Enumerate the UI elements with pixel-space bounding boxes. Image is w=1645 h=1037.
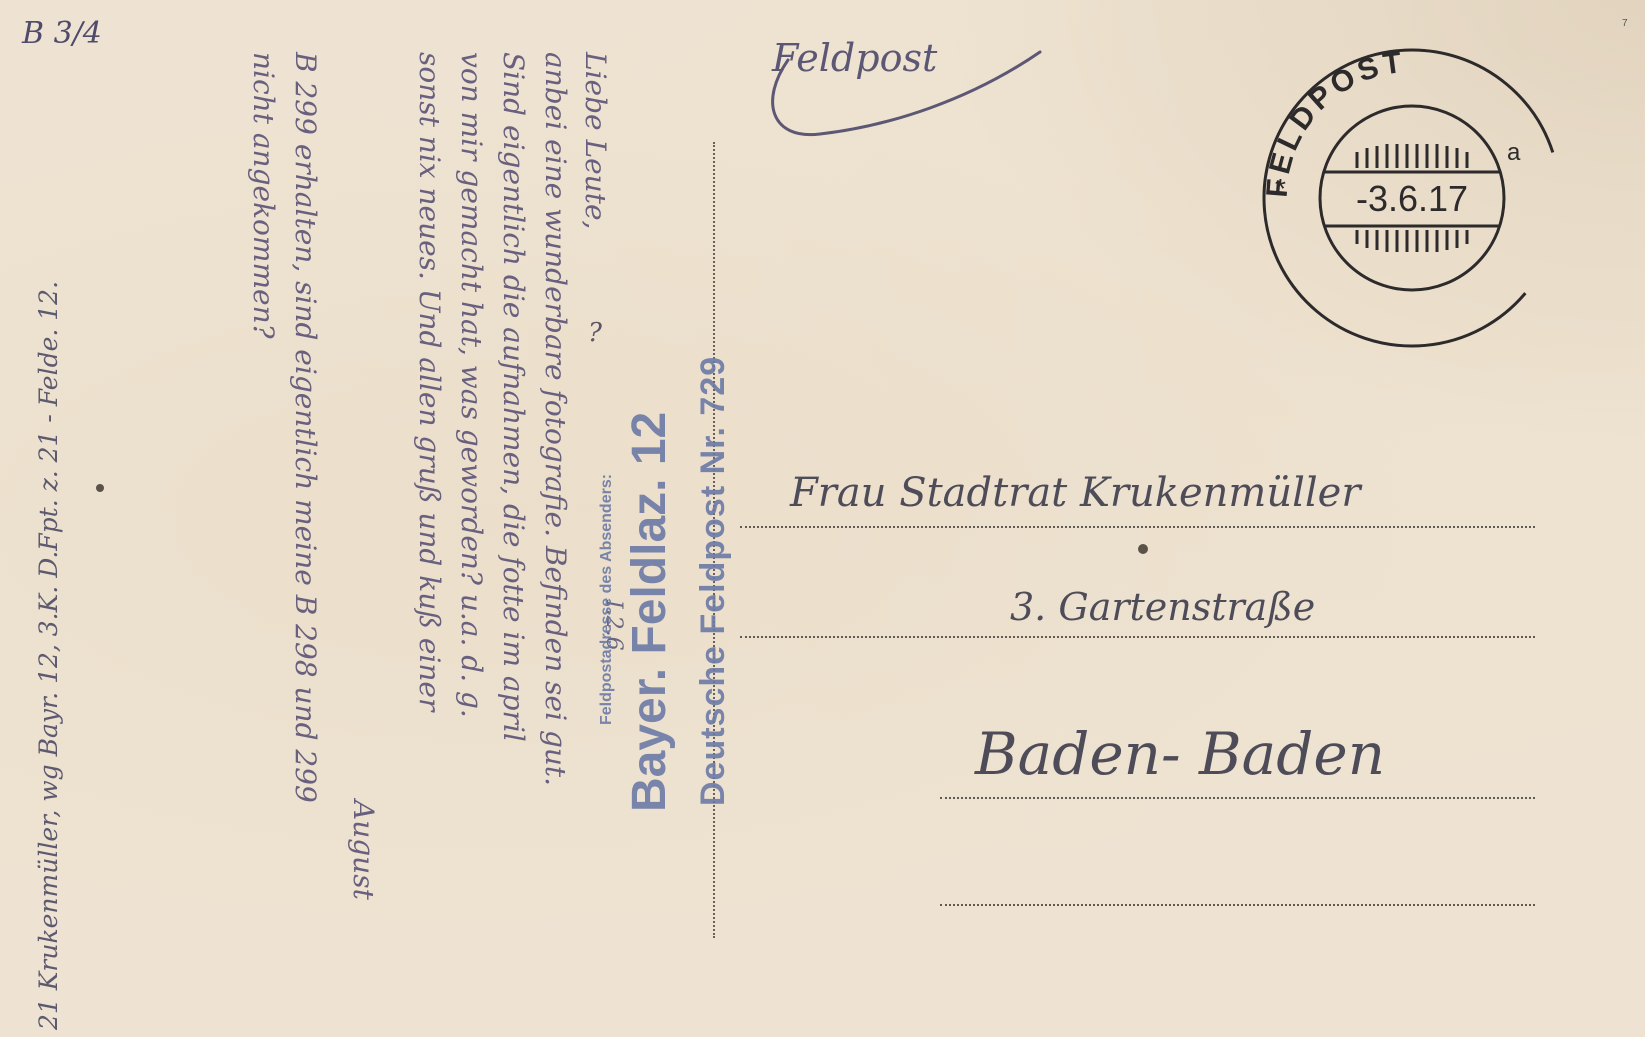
message-line-7: nicht angekommen? (247, 52, 280, 339)
feldpost-note: Feldpost (772, 36, 937, 80)
recipient-street: 3. Gartenstraße (1010, 585, 1315, 629)
sender-stamp-number: Deutsche Feldpost Nr. 729 (694, 356, 733, 806)
message-signature: August (347, 800, 380, 900)
address-line-2 (740, 636, 1535, 638)
recipient-city: Baden- Baden (975, 720, 1385, 788)
message-line-4: von mir gemacht hat, was geworden? u.a. … (455, 52, 488, 718)
ink-spot (1138, 544, 1148, 554)
sender-margin-line: 21 Krukenmüller, wg Bayr. 12, 3.K. D.Fpt… (34, 281, 63, 1030)
message-line-5: sonst nix neues. Und allen gruß und kuß … (413, 52, 446, 711)
ink-spot (96, 484, 104, 492)
message-line-1: Liebe Leute, (579, 52, 612, 229)
sender-stamp-unit: Bayer. Feldlaz. 12 (622, 412, 677, 812)
postmark-star: * (1275, 173, 1286, 204)
postmark-icon: FELDPOST -3.6.17 * a (1257, 48, 1567, 348)
postmark-date: -3.6.17 (1356, 178, 1468, 219)
recipient-name: Frau Stadtrat Krukenmüller (790, 470, 1360, 516)
message-line-3: Sind eigentlich die aufnahmen, die fotte… (497, 52, 530, 742)
inline-mark: ? (588, 318, 602, 348)
postcard-back: B 3/4 21 Krukenmüller, wg Bayr. 12, 3.K.… (0, 0, 1645, 1037)
message-line-2: anbei eine wunderbare fotografie. Befind… (539, 52, 572, 786)
address-line-1 (740, 526, 1535, 528)
address-line-3 (940, 797, 1535, 799)
sender-stamp-label: Feldpostadresse des Absenders: (598, 474, 616, 725)
message-line-6: B 299 erhalten, sind eigentlich meine B … (289, 52, 322, 803)
postmark-letter: a (1507, 139, 1521, 166)
address-line-4 (940, 904, 1535, 906)
corner-mark: 7 (1622, 18, 1628, 29)
catalog-note: B 3/4 (22, 16, 102, 51)
